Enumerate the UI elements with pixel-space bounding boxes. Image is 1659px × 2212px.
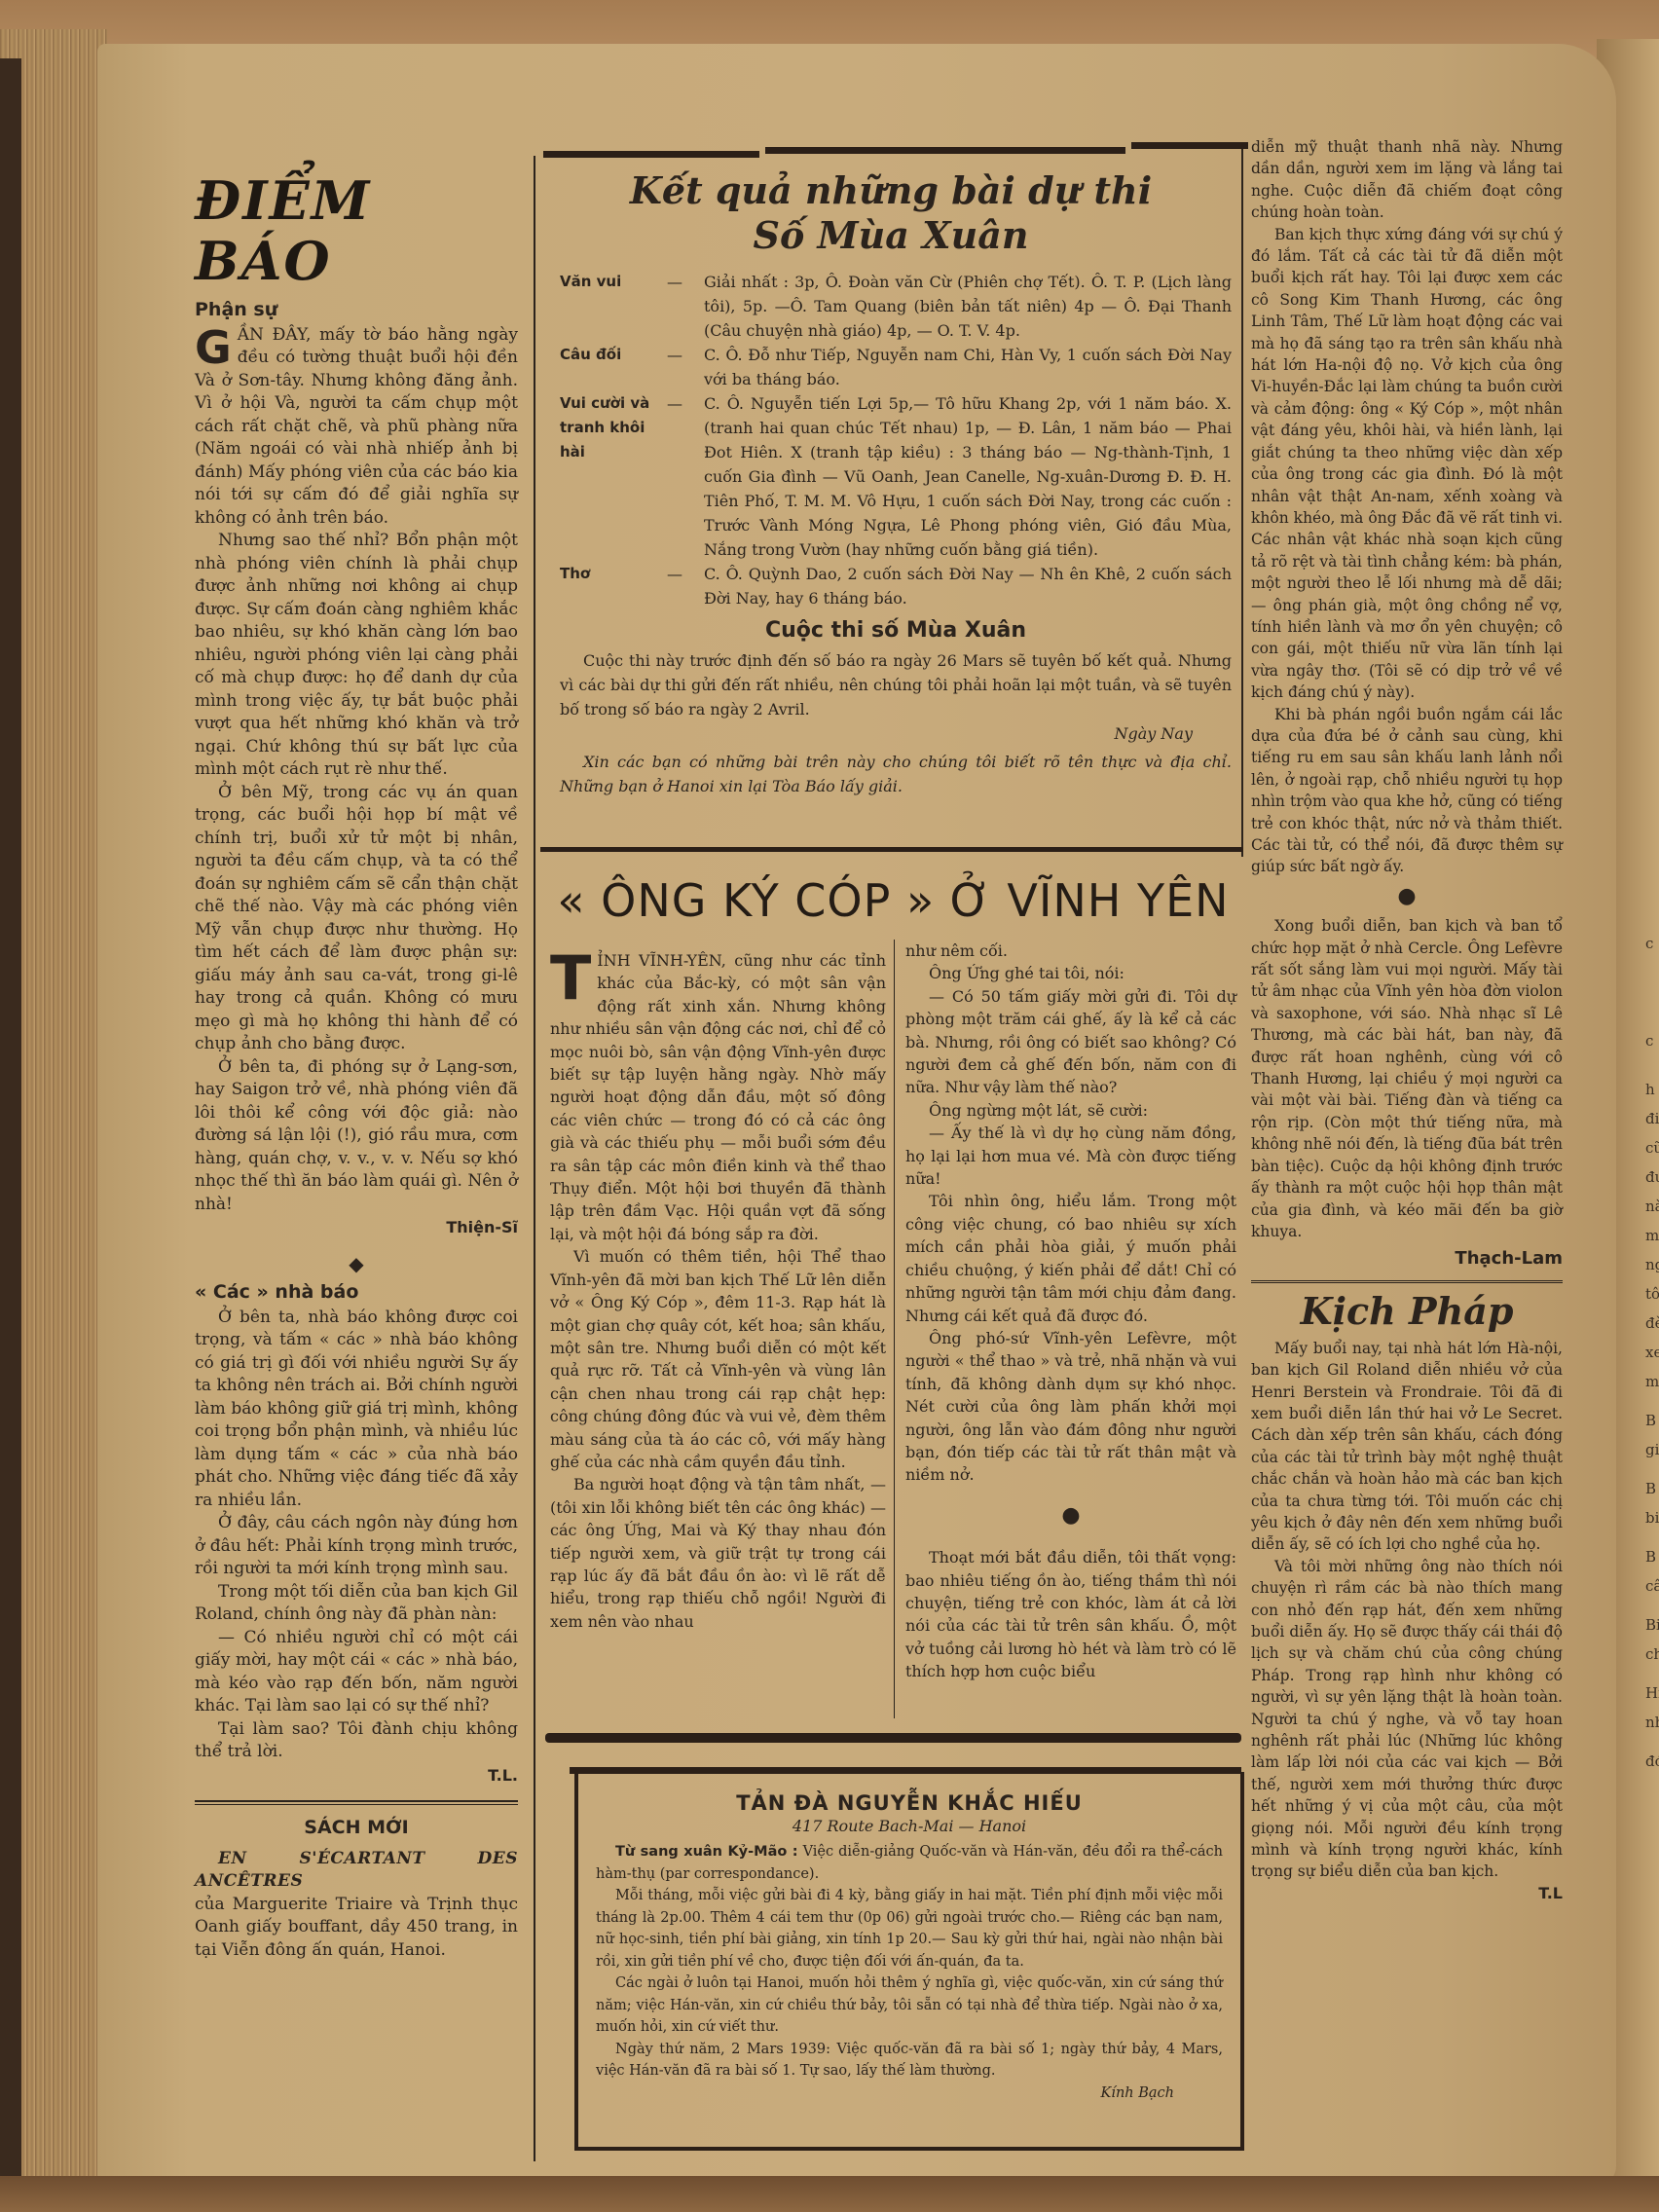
desk-background-bottom <box>0 2176 1659 2212</box>
next-page-fragment: B <box>1645 1412 1656 1429</box>
next-page-fragment: đu <box>1645 1168 1659 1186</box>
next-page-fragment: ng <box>1645 1256 1659 1273</box>
next-page-fragment: Bi <box>1645 1616 1659 1634</box>
ong-ky-cop-column-a: TỈNH VĨNH-YÊN, cũng như các tỉnh khác củ… <box>550 949 886 1633</box>
column-rule <box>894 940 895 1718</box>
bullet-dot-icon: ● <box>1251 886 1563 907</box>
thach-lam-signature: Thạch-Lam <box>1251 1248 1563 1270</box>
book-description: của Marguerite Triaire và Trịnh thục Oan… <box>195 1894 518 1963</box>
article-paragraph: như nêm cối. <box>905 940 1236 962</box>
article-paragraph: Ông phó-sứ Vĩnh-yên Lefèvre, một người «… <box>905 1327 1236 1487</box>
cuoc-thi-text: Cuộc thi này trước định đến số báo ra ng… <box>560 648 1232 721</box>
next-page-fragment: nhi <box>1645 1714 1659 1731</box>
ad-top-rule <box>545 1733 1241 1743</box>
next-page-fragment: h <box>1645 1081 1655 1098</box>
next-page-fragment: xe <box>1645 1344 1659 1361</box>
kich-phap-signature: T.L <box>1251 1883 1563 1904</box>
ket-qua-box: Kết quả những bài dự thi Số Mùa Xuân Văn… <box>540 151 1241 837</box>
next-page-fragment: c <box>1645 935 1653 952</box>
result-row: Câu đối — C. Ô. Đỗ như Tiếp, Nguyễn nam … <box>560 343 1232 391</box>
next-page-fragment: B <box>1645 1480 1656 1497</box>
column-rule <box>534 156 535 2161</box>
next-page-fragment: Hi <box>1645 1684 1659 1702</box>
cac-nha-bao-paragraph: Trong một tối diễn của ban kịch Gil Rola… <box>195 1581 518 1627</box>
phan-su-paragraph: GẦN ĐÂY, mấy tờ báo hằng ngày đều có tườ… <box>195 324 518 531</box>
phan-su-signature: Thiện-Sĩ <box>195 1216 518 1239</box>
book-title: EN S'ÉCARTANT DES ANCÊTRES <box>195 1848 518 1894</box>
tan-da-advertisement: TẢN ĐÀ NGUYỄN KHẮC HIẾU 417 Route Bach-M… <box>574 1772 1244 2151</box>
book-binding-edge <box>0 58 21 2200</box>
next-page-fragment: đi <box>1645 1110 1659 1127</box>
next-page-fragment: đó <box>1645 1752 1659 1770</box>
next-page-fragment: giờ <box>1645 1441 1659 1458</box>
next-page-fragment: cũ <box>1645 1139 1659 1157</box>
next-page-fragment: cho <box>1645 1645 1659 1663</box>
section-divider <box>195 1800 518 1805</box>
next-page-fragment: câu <box>1645 1577 1659 1595</box>
section-title: ĐIỂM BÁO <box>195 170 518 291</box>
bullet-dot-icon: ● <box>905 1504 1236 1527</box>
dropcap-g: G <box>195 328 232 367</box>
cuoc-thi-note: Xin các bạn có những bài trên này cho ch… <box>560 750 1232 798</box>
right-column: diễn mỹ thuật thanh nhã này. Nhưng dần d… <box>1251 136 1563 1904</box>
article-paragraph: Xong buổi diễn, ban kịch và ban tổ chức … <box>1251 915 1563 1242</box>
article-paragraph: Ông ngừng một lát, sẽ cười: <box>905 1099 1236 1122</box>
column-rule <box>1241 146 1243 857</box>
box-bottom-rule <box>540 847 1243 852</box>
cac-nha-bao-paragraph: — Có nhiều người chỉ có một cái giấy mời… <box>195 1627 518 1718</box>
next-page-fragment: nà <box>1645 1198 1659 1215</box>
article-paragraph: Vì muốn có thêm tiền, hội Thể thao Vĩnh-… <box>550 1245 886 1473</box>
diamond-separator-icon: ◆ <box>195 1253 518 1276</box>
sach-moi-heading: SÁCH MỚI <box>195 1817 518 1840</box>
cac-nha-bao-paragraph: Ở bên ta, nhà báo không được coi trọng, … <box>195 1307 518 1513</box>
next-page-fragment: mộ <box>1645 1373 1659 1390</box>
cuoc-thi-heading: Cuộc thi số Mùa Xuân <box>560 618 1232 643</box>
article-paragraph: Khi bà phán ngồi buồn ngắm cái lắc dựa c… <box>1251 704 1563 878</box>
next-page-fragment: tôi <box>1645 1285 1659 1303</box>
phan-su-paragraph: Ở bên ta, đi phóng sự ở Lạng-sơn, hay Sa… <box>195 1056 518 1217</box>
next-page-fragment: B <box>1645 1548 1656 1566</box>
article-paragraph: — Có 50 tấm giấy mời gửi đi. Tôi dự phòn… <box>905 985 1236 1099</box>
phan-su-heading: Phận sự <box>195 299 518 322</box>
article-paragraph: Ban kịch thực xứng đáng với sự chú ý đó … <box>1251 224 1563 704</box>
result-row: Thơ — C. Ô. Quỳnh Dao, 2 cuốn sách Đời N… <box>560 562 1232 610</box>
phan-su-paragraph: Ở bên Mỹ, trong các vụ án quan trọng, cá… <box>195 782 518 1056</box>
article-paragraph: Ông Ứng ghé tai tôi, nói: <box>905 962 1236 984</box>
section-divider <box>1251 1280 1563 1283</box>
ad-lead: Từ sang xuân Kỷ-Mão : <box>615 1844 798 1860</box>
ong-ky-cop-headline: « ÔNG KÝ CÓP » Ở VĨNH YÊN <box>545 874 1241 927</box>
ong-ky-cop-column-b: như nêm cối. Ông Ứng ghé tai tôi, nói: —… <box>905 940 1236 1683</box>
cac-nha-bao-paragraph: Ở đây, câu cách ngôn này đúng hơn ở đâu … <box>195 1512 518 1581</box>
next-page-fragment: đè <box>1645 1314 1659 1332</box>
cac-nha-bao-signature: T.L. <box>195 1764 518 1788</box>
article-paragraph: Mấy buổi nay, tại nhà hát lớn Hà-nội, ba… <box>1251 1338 1563 1556</box>
article-paragraph: Và tôi mời những ông nào thích nói chuyệ… <box>1251 1556 1563 1883</box>
diem-bao-column: ĐIỂM BÁO Phận sự GẦN ĐÂY, mấy tờ báo hằn… <box>195 170 518 1962</box>
ngay-nay-signature: Ngày Nay <box>560 721 1232 746</box>
phan-su-paragraph: Nhưng sao thế nhỉ? Bổn phận một nhà phón… <box>195 530 518 782</box>
article-paragraph: — Ấy thế là vì dự họ cùng năm đồng, họ l… <box>905 1122 1236 1190</box>
results-title: Kết quả những bài dự thi Số Mùa Xuân <box>540 168 1241 258</box>
ad-signature: Kính Bạch <box>596 2083 1223 2105</box>
next-page-fragment: biế <box>1645 1509 1659 1527</box>
ad-title: TẢN ĐÀ NGUYỄN KHẮC HIẾU <box>578 1791 1240 1815</box>
dropcap-t: T <box>550 951 591 1006</box>
article-paragraph: Thoạt mới bắt đầu diễn, tôi thất vọng: b… <box>905 1546 1236 1682</box>
article-paragraph: TỈNH VĨNH-YÊN, cũng như các tỉnh khác củ… <box>550 949 886 1245</box>
ad-body: Từ sang xuân Kỷ-Mão : Việc diễn-giảng Qu… <box>578 1841 1240 2104</box>
kich-phap-title: Kịch Pháp <box>1251 1289 1563 1334</box>
next-page-fragment: c <box>1645 1032 1653 1050</box>
article-paragraph: diễn mỹ thuật thanh nhã này. Nhưng dần d… <box>1251 136 1563 224</box>
next-page-fragment: mê <box>1645 1227 1659 1244</box>
results-list: Văn vui — Giải nhất : 3p, Ô. Đoàn văn Cừ… <box>560 270 1232 798</box>
cac-nha-bao-paragraph: Tại làm sao? Tôi đành chịu không thể trả… <box>195 1718 518 1764</box>
cac-nha-bao-heading: « Các » nhà báo <box>195 1281 518 1305</box>
article-paragraph: Ba người hoạt động và tận tâm nhất, — (t… <box>550 1473 886 1633</box>
result-row: Văn vui — Giải nhất : 3p, Ô. Đoàn văn Cừ… <box>560 270 1232 343</box>
article-paragraph: Tôi nhìn ông, hiểu lắm. Trong một công v… <box>905 1190 1236 1326</box>
result-row: Vui cười và tranh khôi hài — C. Ô. Nguyễ… <box>560 391 1232 562</box>
top-rule <box>1131 142 1248 149</box>
ad-address: 417 Route Bach-Mai — Hanoi <box>578 1817 1240 1835</box>
